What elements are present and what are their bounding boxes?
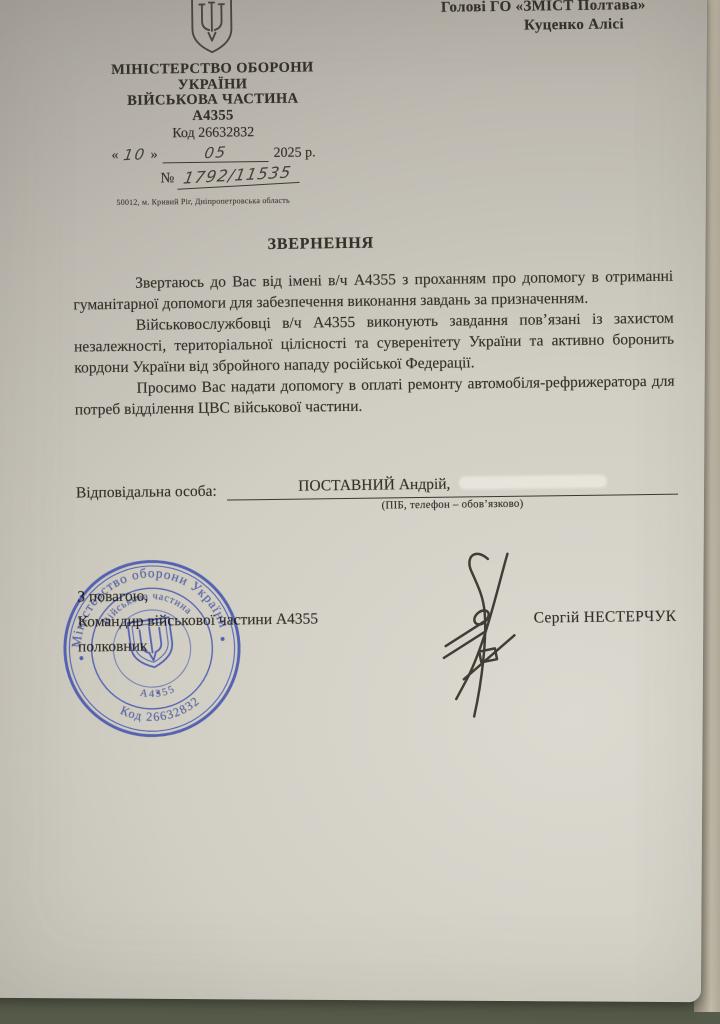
org-code: Код 26632832 <box>83 124 343 143</box>
stamp-outer-top-text: Міністерство оборони України <box>59 555 232 650</box>
handwritten-signature <box>427 549 547 725</box>
svg-text:Міністерство оборони України: Міністерство оборони України <box>59 555 232 650</box>
paragraph-2: Військовослужбовці в/ч А4355 виконують з… <box>74 308 675 379</box>
responsible-fill-line: ПОСТАВНИЙ Андрій, (ПІБ, телефон – обов’я… <box>227 473 678 501</box>
addressee-block: Голові ГО «ЗМІСТ Полтава» Куценко Алісі <box>441 0 646 37</box>
open-quote: « <box>111 148 118 164</box>
close-quote: » <box>150 147 157 163</box>
responsible-label: Відповідальна особа: <box>76 483 217 503</box>
tryzub-shield-icon <box>128 617 176 670</box>
round-stamp: Міністерство оборони України Код 2663283… <box>46 543 258 755</box>
handwritten-day: 10 <box>122 145 147 164</box>
tryzub-shield-icon <box>182 0 241 56</box>
body-text: Звертаюсь до Вас від імені в/ч А4355 з п… <box>73 266 675 421</box>
field-caption: (ПІБ, телефон – обов’язково) <box>227 496 678 514</box>
responsible-person-row: Відповідальна особа: ПОСТАВНИЙ Андрій, (… <box>76 473 678 503</box>
document-title: ЗВЕРНЕННЯ <box>0 231 671 258</box>
redacted-phone <box>458 475 606 490</box>
date-row: « 10 » 05 2025 р. <box>83 143 343 164</box>
letterhead: МІНІСТЕРСТВО ОБОРОНИ УКРАЇНИ ВІЙСЬКОВА Ч… <box>81 0 344 207</box>
signer-name: Сергій НЕСТЕРЧУК <box>534 608 677 628</box>
document-content: Голові ГО «ЗМІСТ Полтава» Куценко Алісі … <box>0 0 711 1005</box>
handwritten-month: 05 <box>203 145 227 161</box>
month-slot: 05 <box>162 145 268 163</box>
addressee-name: Куценко Алісі <box>441 15 624 36</box>
paper-sheet: Голові ГО «ЗМІСТ Полтава» Куценко Алісі … <box>0 0 707 1002</box>
document-photo: Голові ГО «ЗМІСТ Полтава» Куценко Алісі … <box>0 0 720 1024</box>
unit-address: 50012, м. Кривий Ріг, Дніпропетровська о… <box>62 195 344 208</box>
unit-number: А4355 <box>83 107 343 126</box>
number-sign: № <box>160 170 174 187</box>
paragraph-3: Просимо Вас надати допомогу в оплаті рем… <box>74 371 674 421</box>
handwritten-number: 1792/11535 <box>178 162 304 190</box>
number-row: № 1792/11535 <box>118 164 344 188</box>
year-label: 2025 р. <box>273 145 315 162</box>
responsible-name: ПОСТАВНИЙ Андрій, <box>298 476 450 495</box>
